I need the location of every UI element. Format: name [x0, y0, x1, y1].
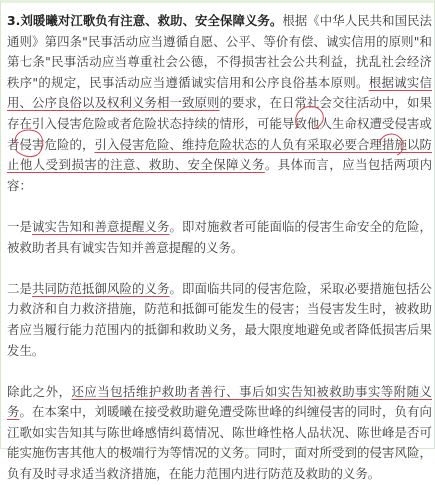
document-body: 3.刘暖曦对江歌负有注意、救助、安全保障义务。根据《中华人民共和国民法通则》第四… — [7, 11, 432, 447]
underlined-segment: 共同防范抵御风险的义务 — [32, 281, 170, 296]
paragraph-duty-one: 一是诚实告知和善意提醒义务。即对施救者可能面临的侵害生命安全的危险，被救助者具有… — [7, 217, 432, 258]
section-heading: 3.刘暖曦对江歌负有注意、救助、安全保障义务。 — [7, 13, 282, 28]
paragraph-gap — [7, 361, 432, 382]
paragraph-gap — [7, 258, 432, 279]
text-segment: 一是 — [7, 219, 32, 234]
text-segment: 。在本案中，刘暖曦在接受救助避免遭受陈世峰的纠缠侵害的同时，负有向江歌如实告知其… — [7, 404, 432, 447]
text-segment: 二是 — [7, 281, 32, 296]
document-frame: 3.刘暖曦对江歌负有注意、救助、安全保障义务。根据《中华人民共和国民法通则》第四… — [0, 0, 435, 447]
paragraph-gap — [7, 196, 432, 217]
paragraph-obligations-intro: 3.刘暖曦对江歌负有注意、救助、安全保障义务。根据《中华人民共和国民法通则》第四… — [7, 11, 432, 196]
paragraph-duty-two: 二是共同防范抵御风险的义务。即面临共同的侵害危险，采取必要措施包括公力救济和自力… — [7, 279, 432, 361]
text-segment: 除此之外， — [7, 384, 71, 399]
paragraph-additional-duties: 除此之外，还应当包括维护救助者善行、事后如实告知被救助事实等附随义务。在本案中，… — [7, 382, 432, 447]
underlined-segment: 诚实告知和善意提醒义务 — [32, 219, 170, 234]
